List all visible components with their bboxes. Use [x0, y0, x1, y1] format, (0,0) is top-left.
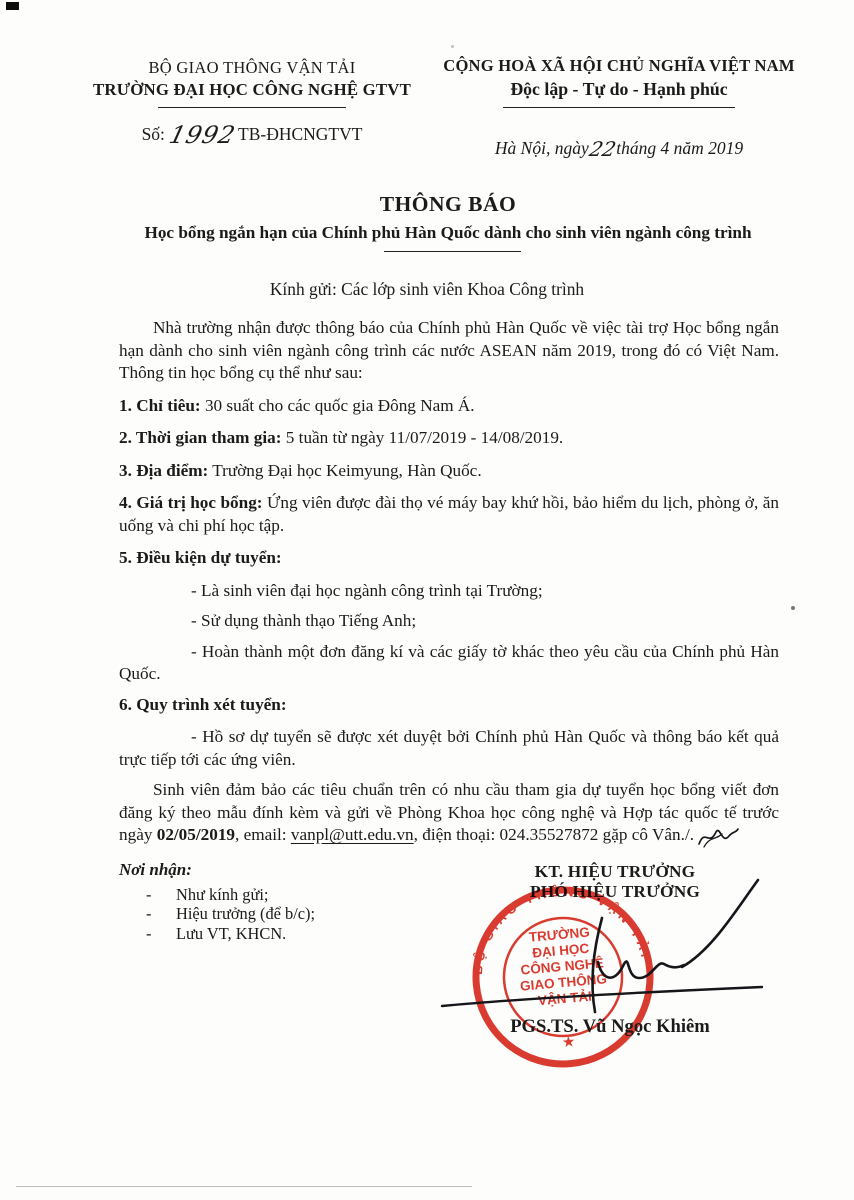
- title-underline: [384, 251, 521, 252]
- item-1-text: 30 suất cho các quốc gia Đông Nam Á.: [201, 396, 475, 415]
- item-3-label: 3. Địa điểm:: [119, 461, 208, 480]
- dash: -: [146, 885, 151, 905]
- item-5-heading: 5. Điều kiện dự tuyển:: [119, 547, 779, 570]
- document-number-label: Số:: [142, 124, 165, 144]
- recipient-2: Hiệu trưởng (để b/c);: [176, 904, 315, 923]
- item-4-label: 4. Giá trị học bổng:: [119, 493, 263, 512]
- dash: -: [146, 904, 151, 924]
- intro-paragraph: Nhà trường nhận được thông báo của Chính…: [119, 317, 779, 385]
- item-1-label: 1. Chỉ tiêu:: [119, 396, 201, 415]
- recipient-row: -Lưu VT, KHCN.: [119, 924, 315, 944]
- document-body: Nhà trường nhận được thông báo của Chính…: [119, 317, 779, 860]
- scanned-document-page: BỘ GIAO THÔNG VẬN TẢI TRƯỜNG ĐẠI HỌC CÔN…: [0, 0, 854, 1200]
- date-suffix: tháng 4 năm 2019: [616, 138, 743, 158]
- header-left-rule: [158, 107, 346, 108]
- recipients-block: Nơi nhận: -Như kính gửi; -Hiệu trưởng (đ…: [119, 860, 315, 943]
- item-5-bullet-1: - Là sinh viên đại học ngành công trình …: [119, 580, 779, 603]
- item-5-bullet-3: - Hoàn thành một đơn đăng kí và các giấy…: [119, 641, 779, 686]
- document-title: THÔNG BÁO: [42, 192, 854, 217]
- item-5-label: 5. Điều kiện dự tuyển:: [119, 548, 282, 567]
- item-2-label: 2. Thời gian tham gia:: [119, 428, 281, 447]
- dash: -: [146, 924, 151, 944]
- scan-speck: [451, 45, 454, 48]
- scan-speck: [791, 606, 795, 610]
- contact-email: vanpl@utt.edu.vn: [291, 825, 414, 844]
- closing-deadline: 02/05/2019: [157, 825, 235, 844]
- item-6-label: 6. Quy trình xét tuyển:: [119, 695, 287, 714]
- signer-name: PGS.TS. Vũ Ngọc Khiêm: [430, 1016, 790, 1038]
- document-number-suffix: TB-ĐHCNGTVT: [238, 124, 362, 144]
- item-6-heading: 6. Quy trình xét tuyển:: [119, 694, 779, 717]
- scan-artifact-line: [16, 1186, 472, 1187]
- handwritten-initial-icon: [696, 824, 740, 850]
- national-motto-block: CỘNG HOÀ XÃ HỘI CHỦ NGHĨA VIỆT NAM Độc l…: [434, 56, 804, 161]
- closing-text-2: , email:: [235, 825, 291, 844]
- ministry-name: BỘ GIAO THÔNG VẬN TẢI: [92, 58, 412, 78]
- item-2-text: 5 tuần từ ngày 11/07/2019 - 14/08/2019.: [281, 428, 563, 447]
- university-name: TRƯỜNG ĐẠI HỌC CÔNG NGHỆ GTVT: [92, 80, 412, 100]
- recipient-row: -Hiệu trưởng (để b/c);: [119, 904, 315, 924]
- item-5-bullet-2: - Sử dụng thành thạo Tiếng Anh;: [119, 610, 779, 633]
- document-subtitle: Học bổng ngắn hạn của Chính phủ Hàn Quốc…: [42, 223, 854, 243]
- item-1: 1. Chỉ tiêu: 30 suất cho các quốc gia Đô…: [119, 395, 779, 418]
- recipients-title: Nơi nhận:: [119, 860, 315, 880]
- item-4: 4. Giá trị học bổng: Ứng viên được đài t…: [119, 492, 779, 537]
- recipient-1: Như kính gửi;: [176, 885, 268, 904]
- scan-corner-mark: [6, 2, 19, 10]
- item-2: 2. Thời gian tham gia: 5 tuần từ ngày 11…: [119, 427, 779, 450]
- date-prefix: Hà Nội, ngày: [495, 138, 589, 158]
- recipient-row: -Như kính gửi;: [119, 885, 315, 905]
- closing-text-3: , điện thoại: 024.35527872 gặp cô Vân./.: [414, 825, 694, 844]
- item-3: 3. Địa điểm: Trường Đại học Keimyung, Hà…: [119, 460, 779, 483]
- date-day-handwritten: 22: [587, 137, 618, 161]
- document-number-line: Số:1992TB-ĐHCNGTVT: [92, 121, 412, 149]
- item-3-text: Trường Đại học Keimyung, Hàn Quốc.: [208, 461, 481, 480]
- item-6-bullet-1: - Hồ sơ dự tuyển sẽ được xét duyệt bởi C…: [119, 726, 779, 771]
- closing-paragraph: Sinh viên đảm bảo các tiêu chuẩn trên có…: [119, 779, 779, 850]
- national-title: CỘNG HOÀ XÃ HỘI CHỦ NGHĨA VIỆT NAM: [434, 56, 804, 76]
- recipient-3: Lưu VT, KHCN.: [176, 924, 286, 943]
- handwritten-signature-icon: [428, 866, 773, 1021]
- salutation-line: Kính gửi: Các lớp sinh viên Khoa Công tr…: [0, 279, 854, 300]
- national-motto: Độc lập - Tự do - Hạnh phúc: [434, 79, 804, 100]
- header-right-rule: [503, 107, 735, 108]
- issuing-agency-block: BỘ GIAO THÔNG VẬN TẢI TRƯỜNG ĐẠI HỌC CÔN…: [92, 58, 412, 149]
- document-title-block: THÔNG BÁO Học bổng ngắn hạn của Chính ph…: [0, 192, 854, 252]
- document-number-handwritten: 1992: [166, 121, 238, 149]
- place-date-line: Hà Nội, ngày22tháng 4 năm 2019: [434, 137, 804, 161]
